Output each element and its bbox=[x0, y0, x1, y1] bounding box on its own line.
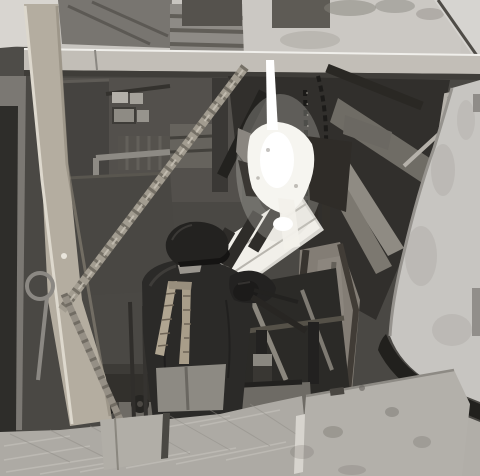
edge-artifact-1 bbox=[473, 94, 480, 112]
brace-yoke bbox=[168, 281, 192, 290]
mould-splash bbox=[273, 217, 293, 231]
panel-window-1 bbox=[112, 92, 128, 103]
apron-crease bbox=[186, 367, 188, 410]
panel-window-3 bbox=[113, 108, 135, 123]
left-wall-dark-strip bbox=[0, 106, 18, 432]
panel-window-2 bbox=[130, 93, 143, 104]
worker-apron bbox=[156, 364, 226, 412]
beam-bolt bbox=[61, 253, 67, 259]
panel-window-4 bbox=[137, 110, 149, 122]
edge-artifact-2 bbox=[472, 288, 480, 336]
top-dark-block-1 bbox=[182, 0, 242, 26]
foundry-photo bbox=[0, 0, 480, 476]
table-leg-2 bbox=[308, 322, 319, 384]
top-dark-panel bbox=[58, 0, 172, 48]
pool-core bbox=[260, 132, 294, 188]
dark-mass-right bbox=[306, 136, 352, 212]
photo-canvas bbox=[0, 0, 480, 476]
cart-hub-2 bbox=[137, 401, 143, 407]
top-dark-block-2 bbox=[272, 0, 330, 28]
dark-post-2-top bbox=[253, 354, 272, 366]
